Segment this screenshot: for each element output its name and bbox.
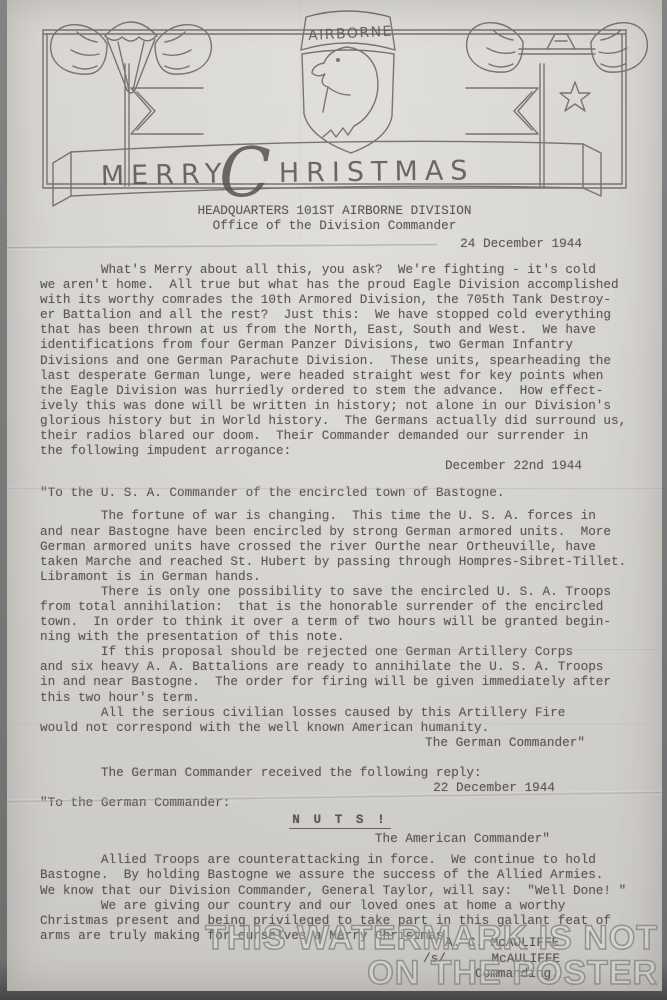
american-commander-signoff: The American Commander" xyxy=(40,831,640,846)
watermark-line1: THIS WATERMARK IS NOT xyxy=(205,921,658,956)
letterhead: HEADQUARTERS 101ST AIRBORNE DIVISION Off… xyxy=(7,203,662,252)
letter-body: What's Merry about all this, you ask? We… xyxy=(40,262,640,943)
airborne-tab-label: AIRBORNE xyxy=(308,24,394,44)
letterhead-date: 24 December 1944 xyxy=(7,236,662,251)
right-flagpole xyxy=(540,64,544,186)
banner-hristmas-label: HRISTMAS xyxy=(279,155,475,189)
reply-date: 22 December 1944 xyxy=(40,780,640,795)
letter-paper: MERRY C HRISTMAS AIRBORNE HEADQUARTERS 1… xyxy=(7,0,662,991)
banner-merry-label: MERRY xyxy=(100,158,228,192)
nuts-reply: N U T S ! xyxy=(289,812,391,829)
right-pennant-icon xyxy=(466,88,538,134)
paragraph-proposal-rejected: If this proposal should be rejected one … xyxy=(40,644,640,704)
paragraph-civilian-losses: All the serious civilian losses caused b… xyxy=(40,705,640,735)
nuts-line: N U T S ! xyxy=(40,812,640,829)
photo-background: MERRY C HRISTMAS AIRBORNE HEADQUARTERS 1… xyxy=(0,0,667,1000)
paragraph-allied-counterattack: Allied Troops are counterattacking in fo… xyxy=(40,852,640,897)
german-commander-signoff: The German Commander" xyxy=(40,735,640,750)
letterhead-unit: HEADQUARTERS 101ST AIRBORNE DIVISION xyxy=(7,203,662,218)
watermark-line2: ON THE POSTER xyxy=(205,956,658,991)
star-icon xyxy=(560,82,590,111)
salutation-german-commander: "To the German Commander: xyxy=(40,795,640,810)
letterhead-office: Office of the Division Commander xyxy=(7,218,662,233)
salutation-usa-commander: "To the U. S. A. Commander of the encirc… xyxy=(40,485,640,500)
paragraph-possibility: There is only one possibility to save th… xyxy=(40,584,640,644)
paragraph-fortune-of-war: The fortune of war is changing. This tim… xyxy=(40,508,640,583)
header-artwork: MERRY C HRISTMAS AIRBORNE xyxy=(7,0,662,212)
watermark-overlay: THIS WATERMARK IS NOT ON THE POSTER xyxy=(205,921,658,991)
banner-script-c: C xyxy=(219,134,271,212)
left-pennant-icon xyxy=(131,88,203,134)
parachutist-wings-badge-icon xyxy=(51,22,212,93)
reply-intro: The German Commander received the follow… xyxy=(40,765,640,780)
paragraph-intro: What's Merry about all this, you ask? We… xyxy=(40,262,640,458)
german-demand-date: December 22nd 1944 xyxy=(40,458,640,473)
